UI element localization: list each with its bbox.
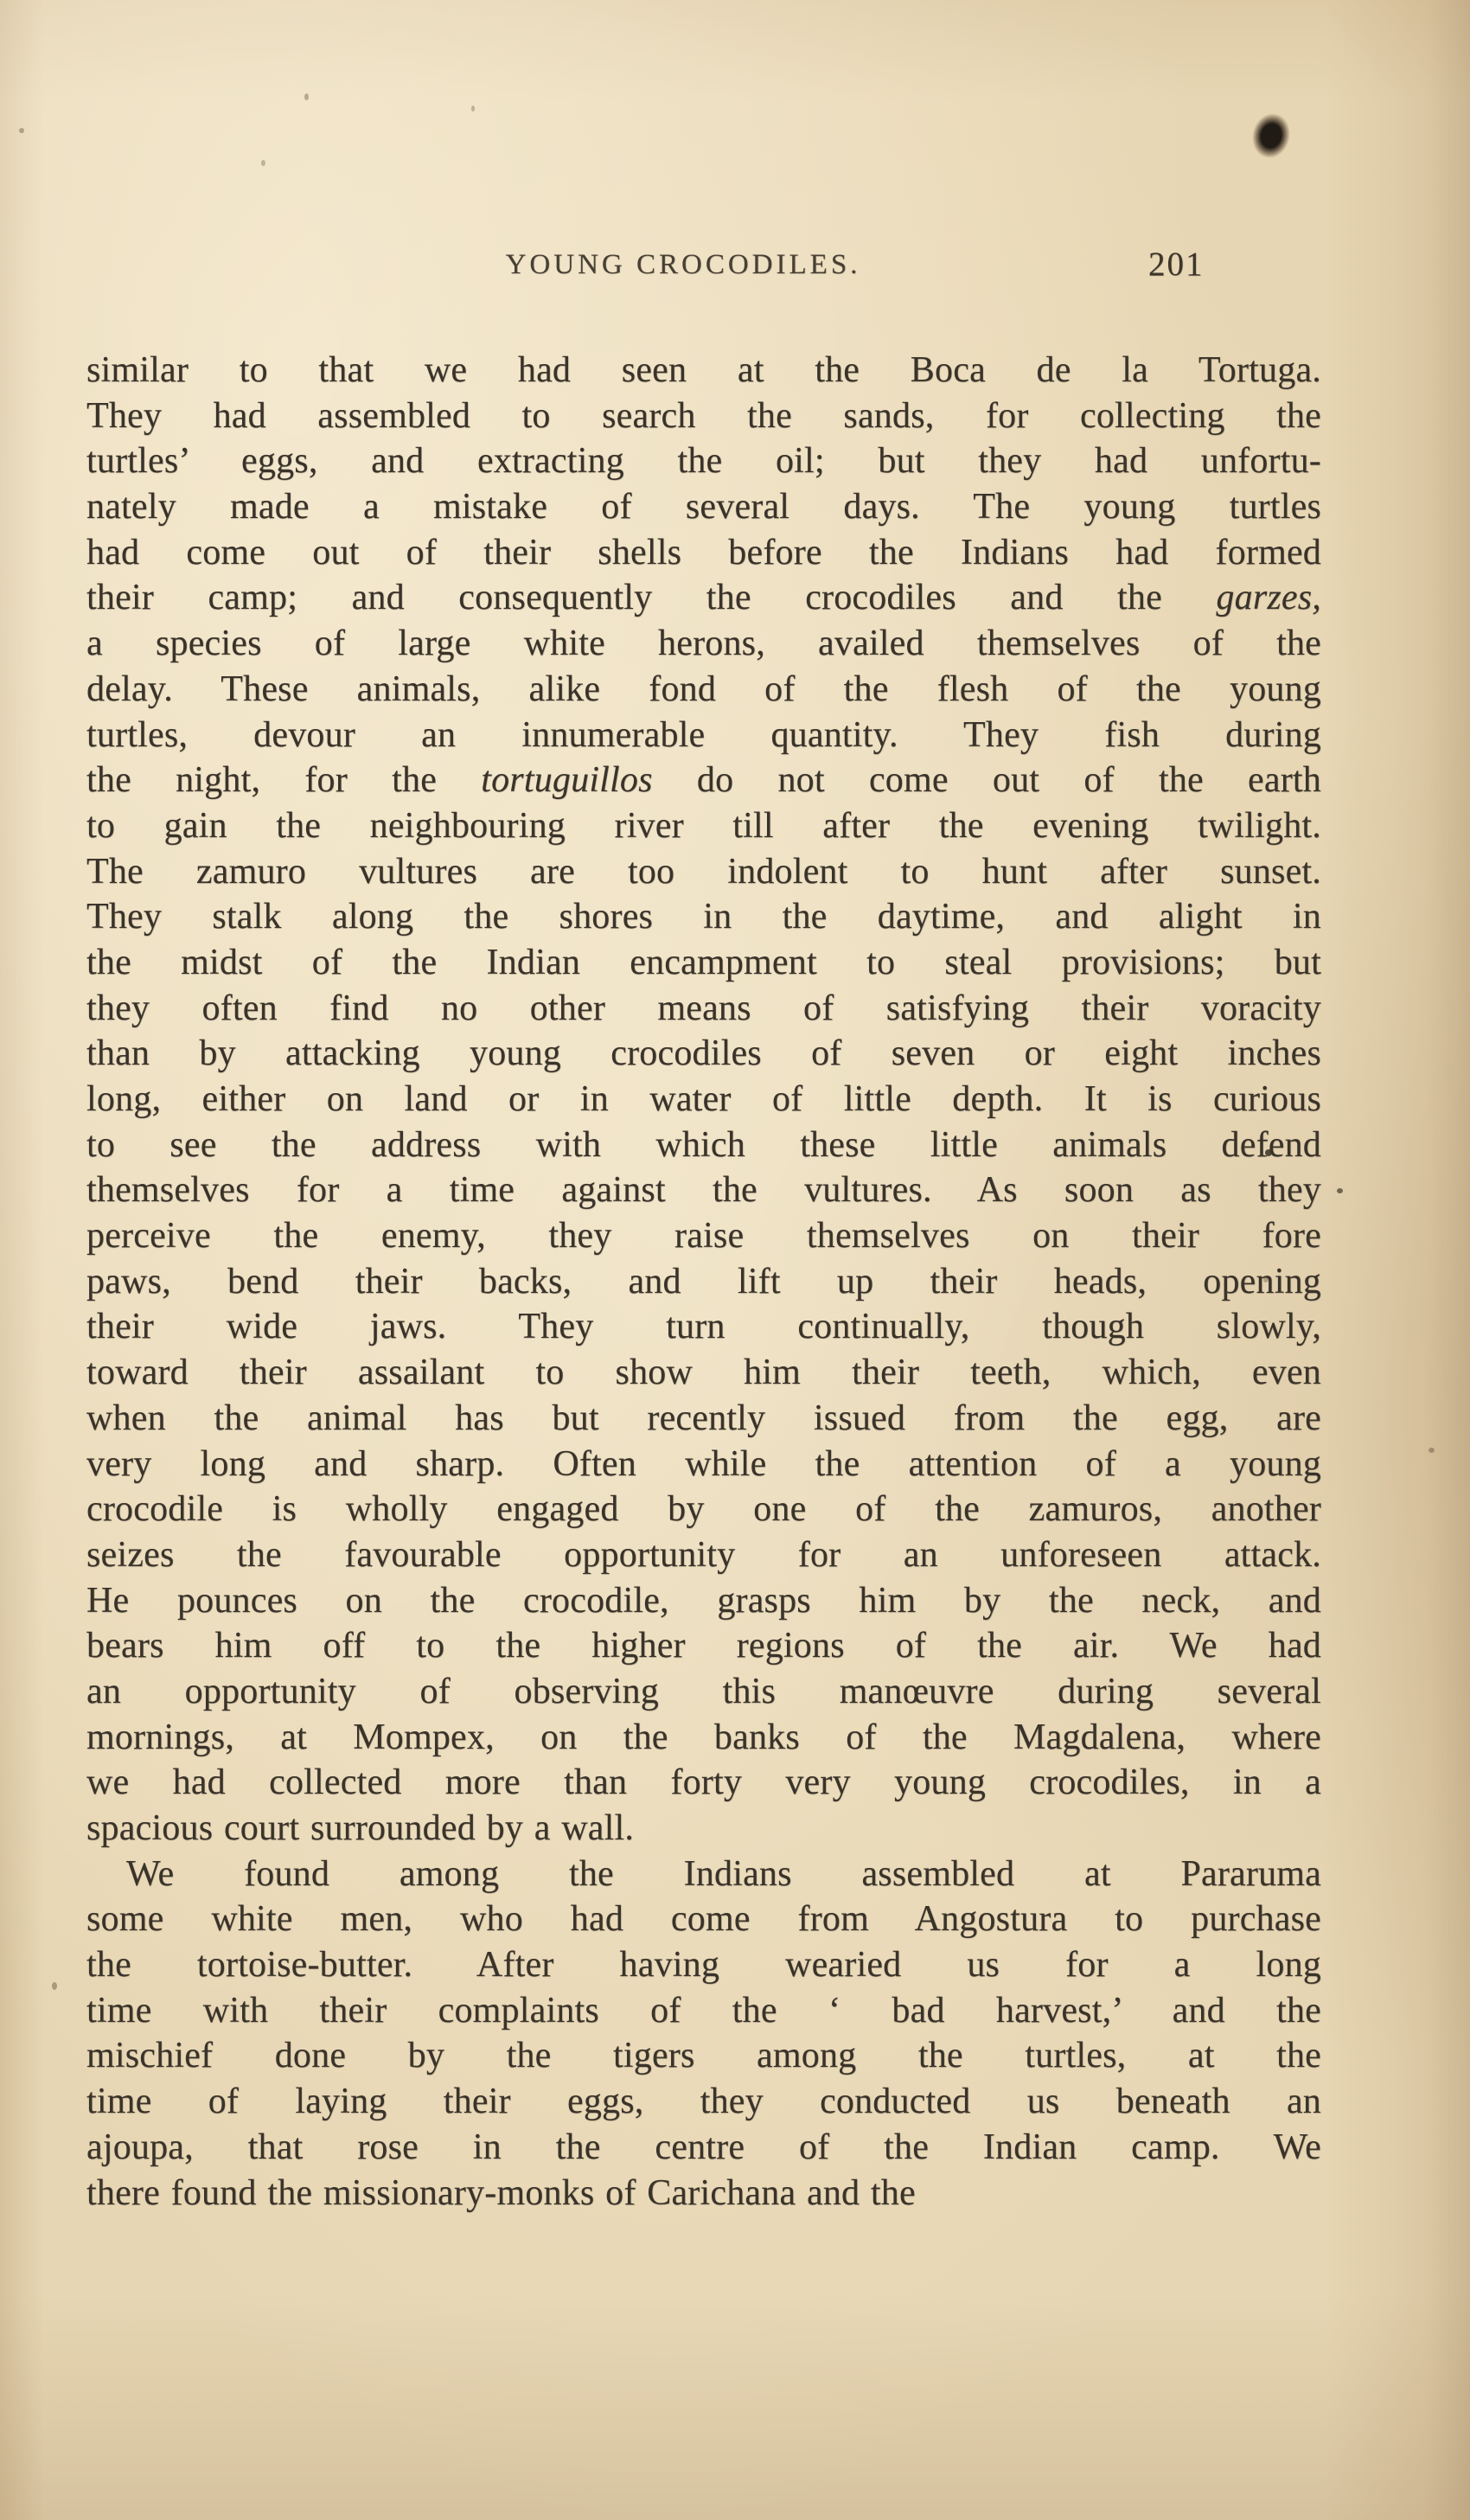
- text-segment: they often find no other means of satisf…: [86, 988, 1321, 1028]
- text-line: nately made a mistake of several days. T…: [86, 484, 1321, 530]
- text-segment: do not come out of the earth: [653, 760, 1321, 800]
- text-line: their wide jaws. They turn continually, …: [86, 1304, 1321, 1350]
- text-line: He pounces on the crocodile, grasps him …: [86, 1578, 1321, 1624]
- text-line: ajoupa, that rose in the centre of the I…: [86, 2125, 1321, 2171]
- text-line: the night, for the tortuguillos do not c…: [86, 758, 1321, 803]
- text-segment: the tortoise-butter. After having wearie…: [86, 1945, 1321, 1985]
- text-segment: They had assembled to search the sands, …: [86, 396, 1321, 436]
- text-line: a species of large white herons, availed…: [86, 621, 1321, 667]
- text-segment: some white men, who had come from Angost…: [86, 1899, 1321, 1939]
- text-line: than by attacking young crocodiles of se…: [86, 1031, 1321, 1077]
- text-line: We found among the Indians assembled at …: [86, 1852, 1321, 1897]
- text-segment: perceive the enemy, they raise themselve…: [86, 1216, 1321, 1256]
- text-segment: time of laying their eggs, they conducte…: [86, 2082, 1321, 2121]
- text-line: there found the missionary-monks of Cari…: [86, 2171, 1321, 2216]
- text-segment: nately made a mistake of several days. T…: [86, 487, 1321, 527]
- text-line: toward their assailant to show him their…: [86, 1350, 1321, 1396]
- text-segment: an opportunity of observing this manœuvr…: [86, 1672, 1321, 1711]
- text-segment: delay. These animals, alike fond of the …: [86, 669, 1321, 709]
- ink-blot: [1245, 106, 1298, 165]
- text-segment: He pounces on the crocodile, grasps him …: [86, 1581, 1321, 1621]
- text-line: very long and sharp. Often while the att…: [86, 1442, 1321, 1487]
- text-line: perceive the enemy, they raise themselve…: [86, 1213, 1321, 1259]
- text-segment: we had collected more than forty very yo…: [86, 1762, 1321, 1802]
- ink-speck: [19, 128, 24, 133]
- text-segment: the midst of the Indian encampment to st…: [86, 943, 1321, 982]
- text-segment: than by attacking young crocodiles of se…: [86, 1033, 1321, 1073]
- text-line: long, either on land or in water of litt…: [86, 1077, 1321, 1122]
- text-segment: themselves for a time against the vultur…: [86, 1170, 1321, 1210]
- text-segment: We found among the Indians assembled at …: [126, 1854, 1321, 1894]
- text-segment: mischief done by the tigers among the tu…: [86, 2036, 1321, 2075]
- text-line: turtles’ eggs, and extracting the oil; b…: [86, 438, 1321, 484]
- running-head: YOUNG CROCODILES.: [66, 249, 1301, 281]
- text-line: The zamuro vultures are too indolent to …: [86, 849, 1321, 895]
- text-line: spacious court surrounded by a wall.: [86, 1806, 1321, 1852]
- text-segment: when the animal has but recently issued …: [86, 1398, 1321, 1438]
- text-segment: long, either on land or in water of litt…: [86, 1079, 1321, 1119]
- text-segment: their wide jaws. They turn continually, …: [86, 1307, 1321, 1346]
- text-line: mischief done by the tigers among the tu…: [86, 2033, 1321, 2079]
- text-segment: their camp; and consequently the crocodi…: [86, 578, 1216, 617]
- ink-speck: [471, 106, 475, 112]
- text-segment: They stalk along the shores in the dayti…: [86, 897, 1321, 937]
- ink-speck: [1337, 1188, 1343, 1193]
- text-segment: toward their assailant to show him their…: [86, 1353, 1321, 1392]
- text-line: an opportunity of observing this manœuvr…: [86, 1669, 1321, 1715]
- text-segment: a species of large white herons, availed…: [86, 624, 1321, 663]
- text-segment: mornings, at Mompex, on the banks of the…: [86, 1717, 1321, 1757]
- ink-speck: [1263, 1277, 1269, 1282]
- text-segment: paws, bend their backs, and lift up thei…: [86, 1262, 1321, 1302]
- text-segment: time with their complaints of the ‘ bad …: [86, 1991, 1321, 2031]
- ink-speck: [1428, 1448, 1435, 1453]
- text-line: mornings, at Mompex, on the banks of the…: [86, 1715, 1321, 1761]
- text-line: we had collected more than forty very yo…: [86, 1760, 1321, 1806]
- text-line: crocodile is wholly engaged by one of th…: [86, 1487, 1321, 1532]
- text-line: had come out of their shells before the …: [86, 530, 1321, 576]
- text-line: some white men, who had come from Angost…: [86, 1896, 1321, 1942]
- text-line: time with their complaints of the ‘ bad …: [86, 1988, 1321, 2034]
- italic-term: tortuguillos: [481, 760, 652, 800]
- text-segment: turtles’ eggs, and extracting the oil; b…: [86, 441, 1321, 481]
- text-line: to see the address with which these litt…: [86, 1122, 1321, 1168]
- text-segment: to see the address with which these litt…: [86, 1125, 1321, 1165]
- ink-speck: [304, 93, 309, 100]
- text-line: They stalk along the shores in the dayti…: [86, 894, 1321, 940]
- text-segment: crocodile is wholly engaged by one of th…: [86, 1489, 1321, 1529]
- ink-speck: [1265, 1149, 1272, 1156]
- text-line: to gain the neighbouring river till afte…: [86, 803, 1321, 849]
- text-segment: there found the missionary-monks of Cari…: [86, 2173, 916, 2213]
- text-segment: spacious court surrounded by a wall.: [86, 1808, 634, 1848]
- scanned-book-page: YOUNG CROCODILES. 201 similar to that we…: [0, 0, 1470, 2520]
- ink-speck: [52, 1982, 57, 1990]
- text-segment: to gain the neighbouring river till afte…: [86, 806, 1321, 846]
- body-text: similar to that we had seen at the Boca …: [86, 348, 1321, 2216]
- text-segment: The zamuro vultures are too indolent to …: [86, 852, 1321, 892]
- text-line: seizes the favourable opportunity for an…: [86, 1532, 1321, 1578]
- text-segment: turtles, devour an innumerable quantity.…: [86, 715, 1321, 755]
- text-line: They had assembled to search the sands, …: [86, 393, 1321, 439]
- text-segment: the night, for the: [86, 760, 481, 800]
- italic-term: garzes,: [1216, 578, 1321, 617]
- text-segment: ajoupa, that rose in the centre of the I…: [86, 2127, 1321, 2167]
- text-segment: similar to that we had seen at the Boca …: [86, 350, 1321, 390]
- text-segment: had come out of their shells before the …: [86, 533, 1321, 572]
- text-line: paws, bend their backs, and lift up thei…: [86, 1259, 1321, 1305]
- text-line: the tortoise-butter. After having wearie…: [86, 1942, 1321, 1988]
- text-line: when the animal has but recently issued …: [86, 1396, 1321, 1442]
- text-segment: very long and sharp. Often while the att…: [86, 1444, 1321, 1484]
- text-line: delay. These animals, alike fond of the …: [86, 667, 1321, 713]
- page-number: 201: [1148, 245, 1205, 284]
- text-line: themselves for a time against the vultur…: [86, 1167, 1321, 1213]
- text-line: bears him off to the higher regions of t…: [86, 1623, 1321, 1669]
- text-segment: seizes the favourable opportunity for an…: [86, 1535, 1321, 1575]
- text-segment: bears him off to the higher regions of t…: [86, 1626, 1321, 1666]
- text-line: time of laying their eggs, they conducte…: [86, 2079, 1321, 2125]
- text-line: similar to that we had seen at the Boca …: [86, 348, 1321, 393]
- text-line: the midst of the Indian encampment to st…: [86, 940, 1321, 986]
- text-line: they often find no other means of satisf…: [86, 986, 1321, 1032]
- text-line: turtles, devour an innumerable quantity.…: [86, 713, 1321, 758]
- ink-speck: [261, 160, 265, 166]
- text-line: their camp; and consequently the crocodi…: [86, 575, 1321, 621]
